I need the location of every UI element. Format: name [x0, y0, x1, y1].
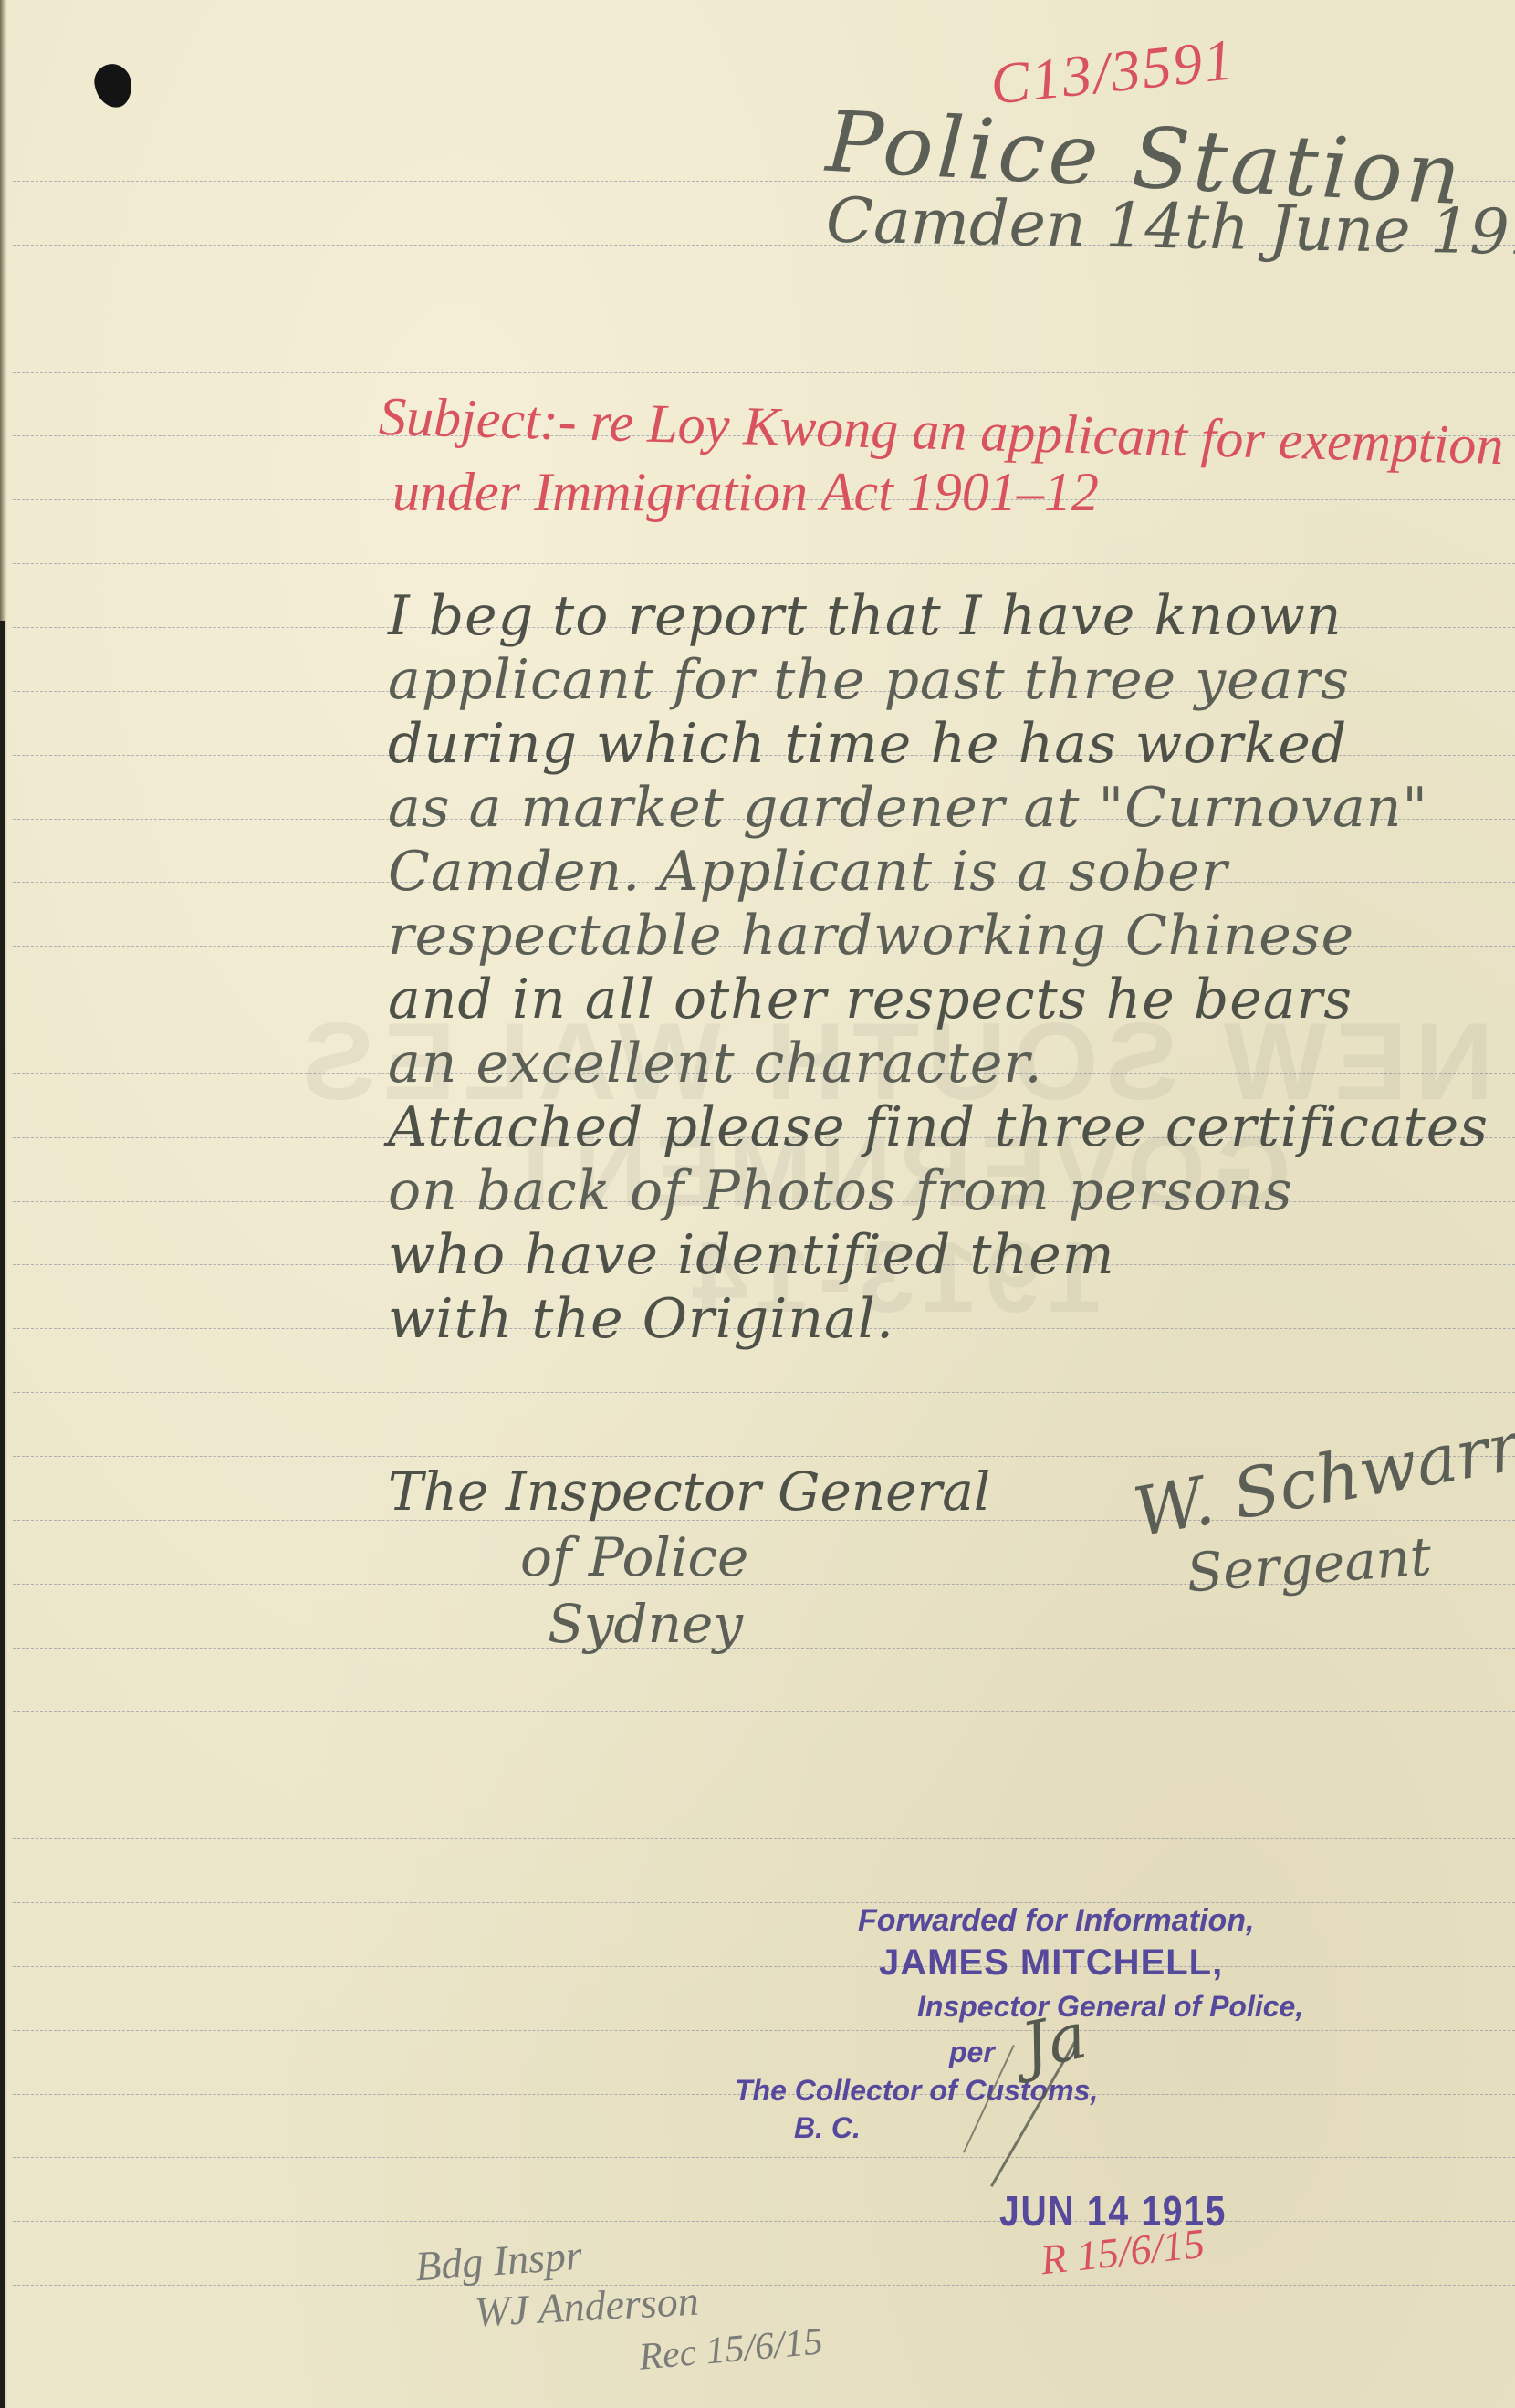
rule-line: [13, 1711, 1515, 1712]
rule-line: [13, 1902, 1515, 1903]
subject-line-2: under Immigration Act 1901–12: [392, 461, 1099, 524]
stamp-line-2: JAMES MITCHELL,: [879, 1942, 1223, 1984]
stamp-line-3: Inspector General of Police,: [917, 1990, 1303, 2024]
stamp-line-4: per: [949, 2036, 995, 2069]
body-line: and in all other respects he bears: [388, 968, 1353, 1031]
body-line: applicant for the past three years: [388, 648, 1350, 712]
rule-line: [13, 2157, 1515, 2158]
rule-line: [13, 1966, 1515, 1967]
rule-line: [13, 2285, 1515, 2286]
rule-line: [13, 2030, 1515, 2031]
rule-line: [13, 563, 1515, 564]
document-page: NEW SOUTH WALES GOVERNMENT 1913-14 C13/3…: [0, 0, 1515, 2408]
rule-line: [13, 372, 1515, 373]
stamp-line-6: B. C.: [794, 2111, 861, 2145]
body-line: on back of Photos from persons: [388, 1159, 1293, 1223]
rule-line: [13, 2221, 1515, 2222]
addressee-line: The Inspector General: [388, 1461, 990, 1523]
addressee-line: of Police: [520, 1526, 748, 1588]
body-line: an excellent character.: [388, 1031, 1043, 1095]
rule-line: [13, 1648, 1515, 1649]
rule-line: [13, 1392, 1515, 1393]
rule-line: [13, 1775, 1515, 1775]
place-and-date: Camden 14th June 1915-: [825, 185, 1515, 271]
body-line: during which time he has worked: [388, 712, 1347, 776]
body-line: I beg to report that I have known: [388, 584, 1343, 648]
body-line: as a market gardener at "Curnovan": [388, 776, 1428, 840]
body-line: who have identified them: [388, 1223, 1115, 1287]
rule-line: [13, 309, 1515, 309]
addressee-line: Sydney: [548, 1593, 743, 1655]
body-line: respectable hardworking Chinese: [388, 904, 1354, 968]
body-line: Camden. Applicant is a sober: [388, 840, 1228, 904]
stamp-line-1: Forwarded for Information,: [858, 1903, 1254, 1939]
rule-line: [13, 1838, 1515, 1839]
body-line: with the Original.: [388, 1287, 894, 1351]
body-line: Attached please find three certificates: [388, 1095, 1489, 1159]
